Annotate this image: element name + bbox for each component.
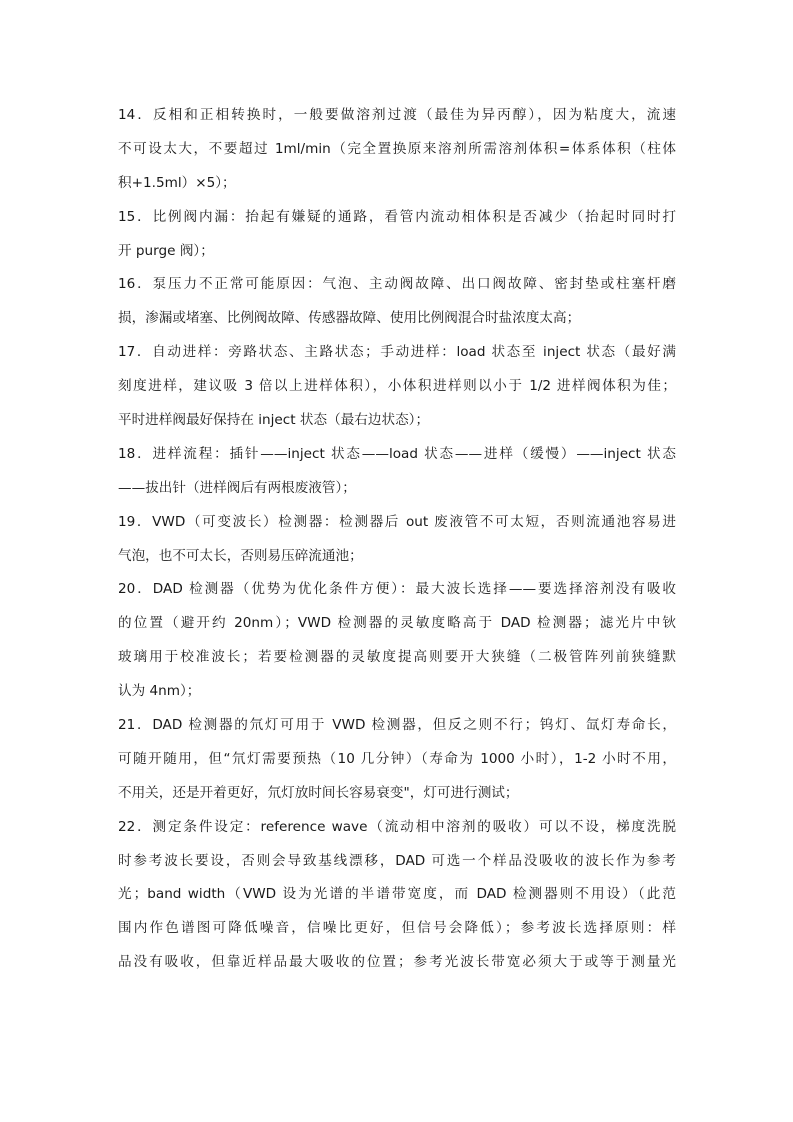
list-item-18: 18．进样流程：插针——inject 状态——load 状态——进样（缓慢）——… [118,442,676,510]
text-line: ——拔出针（进样阀后有两根废液管）； [118,476,676,510]
list-item-15: 15．比例阀内漏：抬起有嫌疑的通路，看管内流动相体积是否减少（抬起时同时打 开 … [118,205,676,273]
list-item-20: 20．DAD 检测器（优势为优化条件方便）：最大波长选择——要选择溶剂没有吸收 … [118,577,676,713]
text-line: 17．自动进样：旁路状态、主路状态；手动进样：load 状态至 inject 状… [118,340,676,374]
list-item-17: 17．自动进样：旁路状态、主路状态；手动进样：load 状态至 inject 状… [118,340,676,442]
document-page: 14．反相和正相转换时，一般要做溶剂过渡（最佳为异丙醇），因为粘度大，流速 不可… [0,0,793,1122]
text-line: 时参考波长要设，否则会导致基线漂移，DAD 可选一个样品没吸收的波长作为参考 [118,849,676,883]
text-line: 气泡，也不可太长，否则易压碎流通池； [118,544,676,578]
text-line: 19．VWD（可变波长）检测器：检测器后 out 废液管不可太短，否则流通池容易… [118,510,676,544]
text-line: 14．反相和正相转换时，一般要做溶剂过渡（最佳为异丙醇），因为粘度大，流速 [118,103,676,137]
text-line: 开 purge 阀）； [118,239,676,273]
text-line: 16．泵压力不正常可能原因：气泡、主动阀故障、出口阀故障、密封垫或柱塞杆磨 [118,272,676,306]
text-line: 21．DAD 检测器的氘灯可用于 VWD 检测器，但反之则不行；钨灯、氙灯寿命长… [118,713,676,747]
text-line: 20．DAD 检测器（优势为优化条件方便）：最大波长选择——要选择溶剂没有吸收 [118,577,676,611]
list-item-19: 19．VWD（可变波长）检测器：检测器后 out 废液管不可太短，否则流通池容易… [118,510,676,578]
text-line: 18．进样流程：插针——inject 状态——load 状态——进样（缓慢）——… [118,442,676,476]
text-line: 不用关，还是开着更好，氘灯放时间长容易衰变"，灯可进行测试； [118,781,676,815]
text-line: 围内作色谱图可降低噪音，信噪比更好，但信号会降低）；参考波长选择原则：样 [118,916,676,950]
text-line: 15．比例阀内漏：抬起有嫌疑的通路，看管内流动相体积是否减少（抬起时同时打 [118,205,676,239]
text-line: 22．测定条件设定：reference wave（流动相中溶剂的吸收）可以不设，… [118,815,676,849]
document-body: 14．反相和正相转换时，一般要做溶剂过渡（最佳为异丙醇），因为粘度大，流速 不可… [118,103,676,984]
text-line: 认为 4nm）； [118,679,676,713]
list-item-16: 16．泵压力不正常可能原因：气泡、主动阀故障、出口阀故障、密封垫或柱塞杆磨 损，… [118,272,676,340]
text-line: 可随开随用，但“氘灯需要预热（10 几分钟）（寿命为 1000 小时），1-2 … [118,747,676,781]
list-item-21: 21．DAD 检测器的氘灯可用于 VWD 检测器，但反之则不行；钨灯、氙灯寿命长… [118,713,676,815]
list-item-22: 22．测定条件设定：reference wave（流动相中溶剂的吸收）可以不设，… [118,815,676,984]
text-line: 积+1.5ml）×5）； [118,171,676,205]
text-line: 平时进样阀最好保持在 inject 状态（最右边状态）； [118,408,676,442]
list-item-14: 14．反相和正相转换时，一般要做溶剂过渡（最佳为异丙醇），因为粘度大，流速 不可… [118,103,676,205]
text-line: 光；band width（VWD 设为光谱的半谱带宽度，而 DAD 检测器则不用… [118,882,676,916]
text-line: 损，渗漏或堵塞、比例阀故障、传感器故障、使用比例阀混合时盐浓度太高； [118,306,676,340]
text-line: 的位置（避开约 20nm）；VWD 检测器的灵敏度略高于 DAD 检测器；滤光片… [118,611,676,645]
text-line: 品没有吸收，但靠近样品最大吸收的位置；参考光波长带宽必须大于或等于测量光 [118,950,676,984]
text-line: 玻璃用于校准波长；若要检测器的灵敏度提高则要开大狭缝（二极管阵列前狭缝默 [118,645,676,679]
text-line: 刻度进样，建议吸 3 倍以上进样体积），小体积进样则以小于 1/2 进样阀体积为… [118,374,676,408]
text-line: 不可设太大，不要超过 1ml/min（完全置换原来溶剂所需溶剂体积=体系体积（柱… [118,137,676,171]
